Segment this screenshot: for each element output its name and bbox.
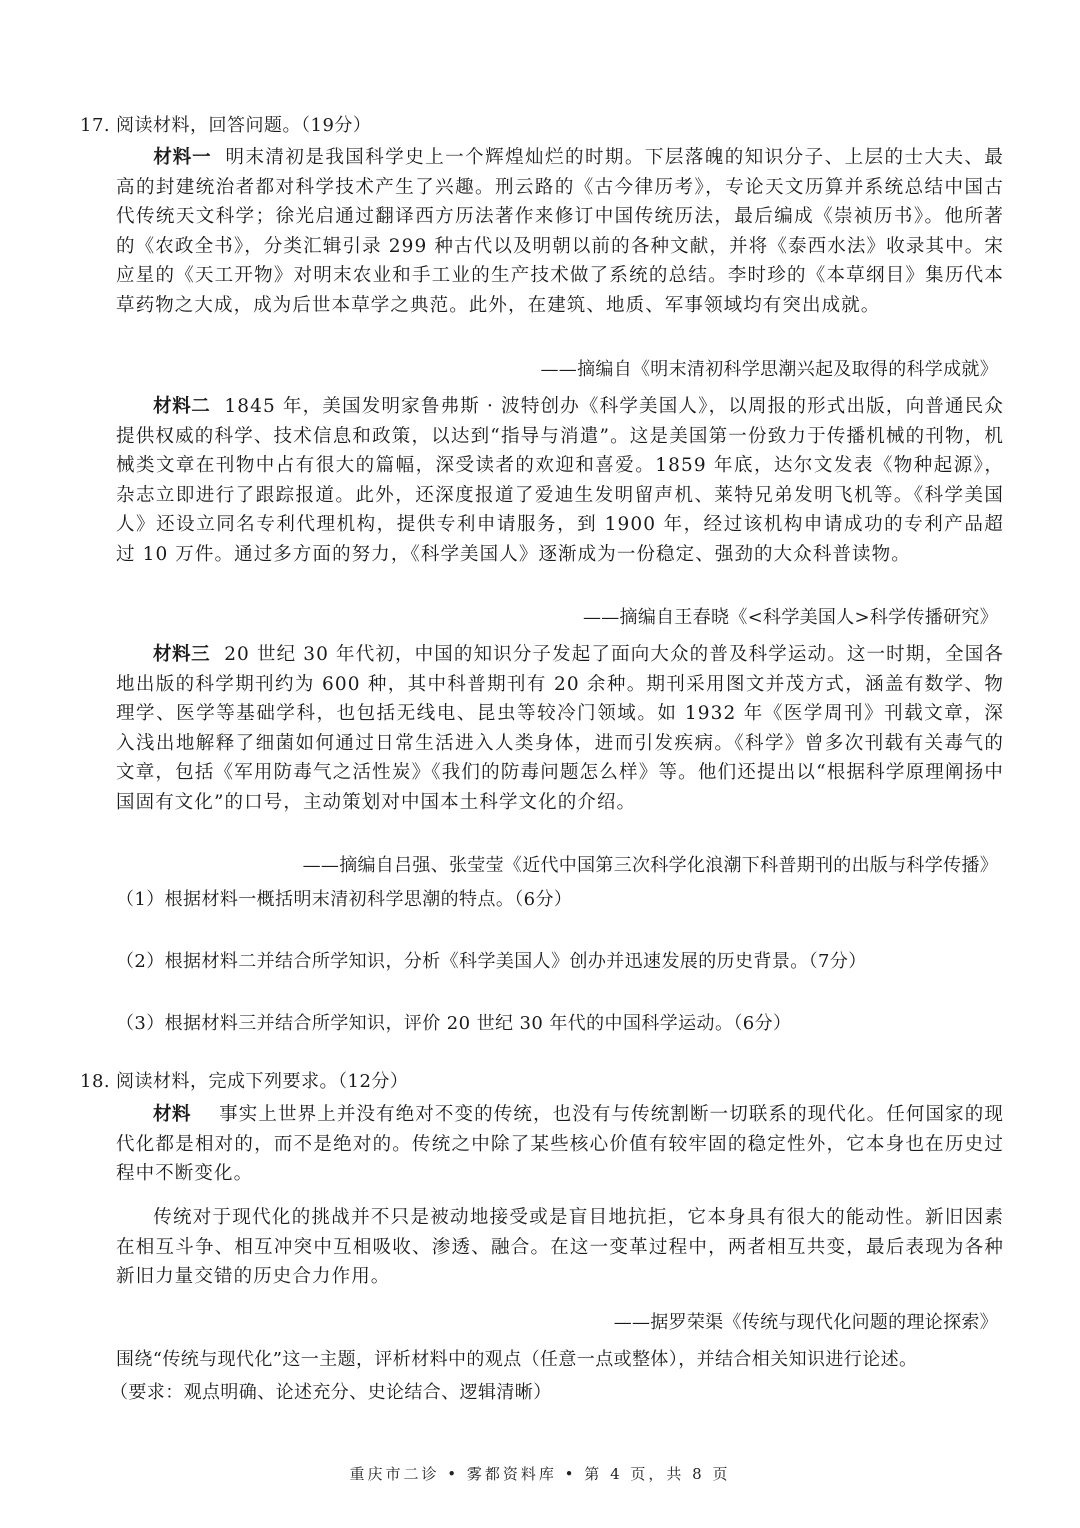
material-3: 材料三20 世纪 30 年代初，中国的知识分子发起了面向大众的普及科学运动。这一… — [116, 640, 1004, 818]
sub-question-2: （2）根据材料二并结合所学知识，分析《科学美国人》创办并迅速发展的历史背景。（7… — [116, 948, 867, 976]
question-18-heading: 18.阅读材料，完成下列要求。（12分） — [80, 1068, 408, 1096]
material-2-source: ——摘编自王春晓《<科学美国人>科学传播研究》 — [583, 604, 998, 632]
material-label: 材料一 — [153, 147, 211, 168]
material-1-source: ——摘编自《明末清初科学思潮兴起及取得的科学成就》 — [541, 356, 999, 384]
material-label: 材料三 — [153, 644, 210, 665]
material-text: 事实上世界上并没有绝对不变的传统，也没有与传统割断一切联系的现代化。任何国家的现… — [116, 1104, 1004, 1184]
essay-requirements: （要求：观点明确、论述充分、史论结合、逻辑清晰） — [110, 1379, 552, 1407]
material-3-source: ——摘编自吕强、张莹莹《近代中国第三次科学化浪潮下科普期刊的出版与科学传播》 — [303, 852, 998, 880]
material-18-source: ——据罗荣渠《传统与现代化问题的理论探索》 — [614, 1309, 998, 1337]
material-label: 材料 — [153, 1104, 191, 1125]
material-18-paragraph-2: 传统对于现代化的挑战并不只是被动地接受或是盲目地抗拒，它本身具有很大的能动性。新… — [116, 1203, 1004, 1292]
sub-question-3: （3）根据材料三并结合所学知识，评价 20 世纪 30 年代的中国科学运动。（6… — [116, 1010, 791, 1038]
material-text: 20 世纪 30 年代初，中国的知识分子发起了面向大众的普及科学运动。这一时期，… — [116, 644, 1004, 813]
question-17-heading: 17.阅读材料，回答问题。（19分） — [80, 112, 371, 140]
material-label: 材料二 — [153, 396, 210, 417]
material-1: 材料一明末清初是我国科学史上一个辉煌灿烂的时期。下层落魄的知识分子、上层的士大夫… — [116, 143, 1004, 321]
question-number: 17. — [80, 112, 116, 140]
material-18-paragraph-1: 材料事实上世界上并没有绝对不变的传统，也没有与传统割断一切联系的现代化。任何国家… — [116, 1100, 1004, 1189]
question-number: 18. — [80, 1068, 116, 1096]
material-text: 明末清初是我国科学史上一个辉煌灿烂的时期。下层落魄的知识分子、上层的士大夫、最高… — [116, 147, 1004, 316]
page-footer: 重庆市二诊 • 雾都资料库 • 第 4 页，共 8 页 — [0, 1463, 1080, 1484]
material-2: 材料二1845 年，美国发明家鲁弗斯 · 波特创办《科学美国人》，以周报的形式出… — [116, 392, 1004, 570]
material-text: 1845 年，美国发明家鲁弗斯 · 波特创办《科学美国人》，以周报的形式出版，向… — [116, 396, 1004, 565]
essay-task: 围绕“传统与现代化”这一主题，评析材料中的观点（任意一点或整体），并结合相关知识… — [116, 1346, 917, 1374]
material-text: 传统对于现代化的挑战并不只是被动地接受或是盲目地抗拒，它本身具有很大的能动性。新… — [116, 1207, 1004, 1287]
sub-question-1: （1）根据材料一概括明末清初科学思潮的特点。（6分） — [116, 886, 572, 914]
question-title: 阅读材料，回答问题。（19分） — [116, 115, 371, 136]
question-title: 阅读材料，完成下列要求。（12分） — [116, 1071, 408, 1092]
exam-page: 17.阅读材料，回答问题。（19分） 材料一明末清初是我国科学史上一个辉煌灿烂的… — [0, 0, 1080, 1528]
